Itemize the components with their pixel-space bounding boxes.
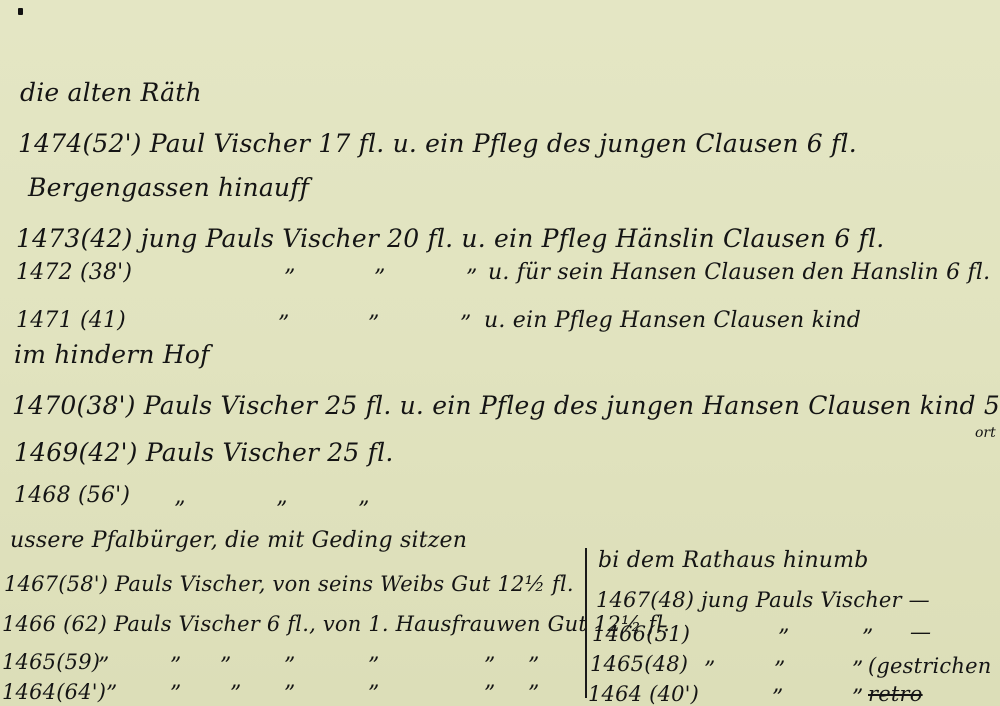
column-divider: [585, 548, 587, 698]
ditto-mark: ”: [852, 688, 863, 706]
ditto-mark: ”: [484, 684, 495, 706]
entry-year: 1468: [14, 483, 71, 508]
entry-line: 1464 (40'): [588, 684, 699, 705]
ditto-mark: ”: [774, 660, 785, 682]
ditto-mark: ”: [852, 660, 863, 682]
entry-line: 1470(38') Pauls Vischer 25 fl. u. ein Pf…: [12, 393, 1000, 418]
entry-year: 1467: [596, 588, 650, 612]
ditto-mark: ”: [374, 268, 385, 290]
entry-year: 1465: [590, 652, 644, 676]
ditto-mark: ”: [466, 268, 477, 290]
entry-text: u. für sein Hansen Clausen den Hanslin 6…: [488, 262, 990, 284]
entry-text: (gestrichen: [868, 656, 991, 677]
entry-ref: (41): [80, 308, 126, 333]
ditto-mark: ”: [368, 684, 379, 706]
margin-note: ort: [975, 425, 996, 441]
entry-text: Pauls Vischer 25 fl.: [146, 438, 394, 467]
entry-line: 1472 (38'): [16, 262, 132, 284]
entry-year: 1472: [16, 260, 73, 285]
entry-year: 1467: [4, 572, 58, 596]
entry-ref: (42): [80, 224, 132, 253]
entry-text: retro: [868, 684, 923, 705]
entry-line: 1464(64'): [2, 682, 106, 703]
entry-text: u. ein Pfleg Hansen Clausen kind: [484, 310, 861, 332]
ditto-mark: ”: [778, 628, 789, 650]
entry-ref: (38'): [80, 260, 132, 285]
entry-line: 1466(51): [592, 624, 690, 645]
entry-year: 1473: [16, 224, 80, 253]
entry-line: 1473(42) jung Pauls Vischer 20 fl. u. ei…: [16, 226, 884, 251]
entry-line: 1471 (41): [16, 310, 126, 332]
ditto-mark: ”: [106, 684, 117, 706]
ditto-mark: ”: [772, 688, 783, 706]
entry-ref: (64'): [56, 680, 106, 704]
ditto-mark: ”: [368, 656, 379, 678]
entry-text: Pauls Vischer, von seins Weibs Gut 12½ f…: [115, 572, 574, 596]
entry-text: Pauls Vischer 25 fl. u. ein Pfleg des ju…: [144, 391, 1000, 420]
entry-text: —: [910, 622, 931, 643]
entry-ref: (48): [644, 652, 688, 676]
handwritten-page: die alten Räth 1474(52') Paul Vischer 17…: [0, 0, 1000, 706]
section-heading: ussere Pfalbürger, die mit Geding sitzen: [10, 530, 467, 552]
ditto-mark: ”: [276, 500, 287, 522]
entry-line: 1467(58') Pauls Vischer, von seins Weibs…: [4, 574, 574, 595]
entry-line: 1469(42') Pauls Vischer 25 fl.: [14, 440, 393, 465]
entry-ref: (48): [650, 588, 694, 612]
section-heading: Bergengassen hinauff: [28, 175, 309, 200]
entry-ref: (62): [63, 612, 107, 636]
entry-year: 1464: [588, 682, 642, 706]
entry-ref: (42'): [78, 438, 137, 467]
entry-line: 1468 (56'): [14, 485, 130, 507]
ditto-mark: ”: [170, 684, 181, 706]
ditto-mark: ”: [460, 314, 471, 336]
entry-ref: (40'): [649, 682, 699, 706]
section-heading: die alten Räth: [20, 80, 202, 105]
section-heading: bi dem Rathaus hinumb: [598, 550, 869, 572]
entry-line: 1466 (62) Pauls Vischer 6 fl., von 1. Ha…: [2, 614, 670, 635]
entry-ref: (59): [56, 650, 100, 674]
entry-text: Paul Vischer 17 fl. u. ein Pfleg des jun…: [150, 129, 857, 158]
ditto-mark: ”: [98, 656, 109, 678]
entry-line: 1467(48) jung Pauls Vischer —: [596, 590, 930, 611]
entry-text: jung Pauls Vischer 20 fl. u. ein Pfleg H…: [141, 224, 885, 253]
ditto-mark: ”: [484, 656, 495, 678]
ditto-mark: ”: [174, 500, 185, 522]
entry-year: 1464: [2, 680, 56, 704]
ditto-mark: ”: [704, 660, 715, 682]
ditto-mark: ”: [220, 656, 231, 678]
ditto-mark: ”: [528, 684, 539, 706]
entry-ref: (38'): [76, 391, 135, 420]
entry-line: 1474(52') Paul Vischer 17 fl. u. ein Pfl…: [18, 131, 857, 156]
entry-year: 1469: [14, 438, 78, 467]
ditto-mark: ”: [284, 656, 295, 678]
entry-ref: (51): [646, 622, 690, 646]
entry-year: 1474: [18, 129, 82, 158]
entry-line: 1465(48): [590, 654, 688, 675]
section-heading: im hindern Hof: [14, 342, 210, 367]
entry-year: 1470: [12, 391, 76, 420]
entry-year: 1466: [592, 622, 646, 646]
ditto-mark: ”: [368, 314, 379, 336]
ditto-mark: ”: [862, 628, 873, 650]
corner-mark: [18, 8, 23, 15]
ditto-mark: ”: [284, 268, 295, 290]
ditto-mark: ”: [358, 500, 369, 522]
ditto-mark: ”: [284, 684, 295, 706]
ditto-mark: ”: [170, 656, 181, 678]
entry-year: 1471: [16, 308, 73, 333]
ditto-mark: ”: [230, 684, 241, 706]
entry-ref: (58'): [58, 572, 108, 596]
entry-ref: (56'): [78, 483, 130, 508]
entry-year: 1465: [2, 650, 56, 674]
entry-year: 1466: [2, 612, 56, 636]
entry-line: 1465(59): [2, 652, 100, 673]
entry-ref: (52'): [82, 129, 141, 158]
ditto-mark: ”: [528, 656, 539, 678]
ditto-mark: ”: [278, 314, 289, 336]
entry-text: jung Pauls Vischer —: [701, 588, 930, 612]
